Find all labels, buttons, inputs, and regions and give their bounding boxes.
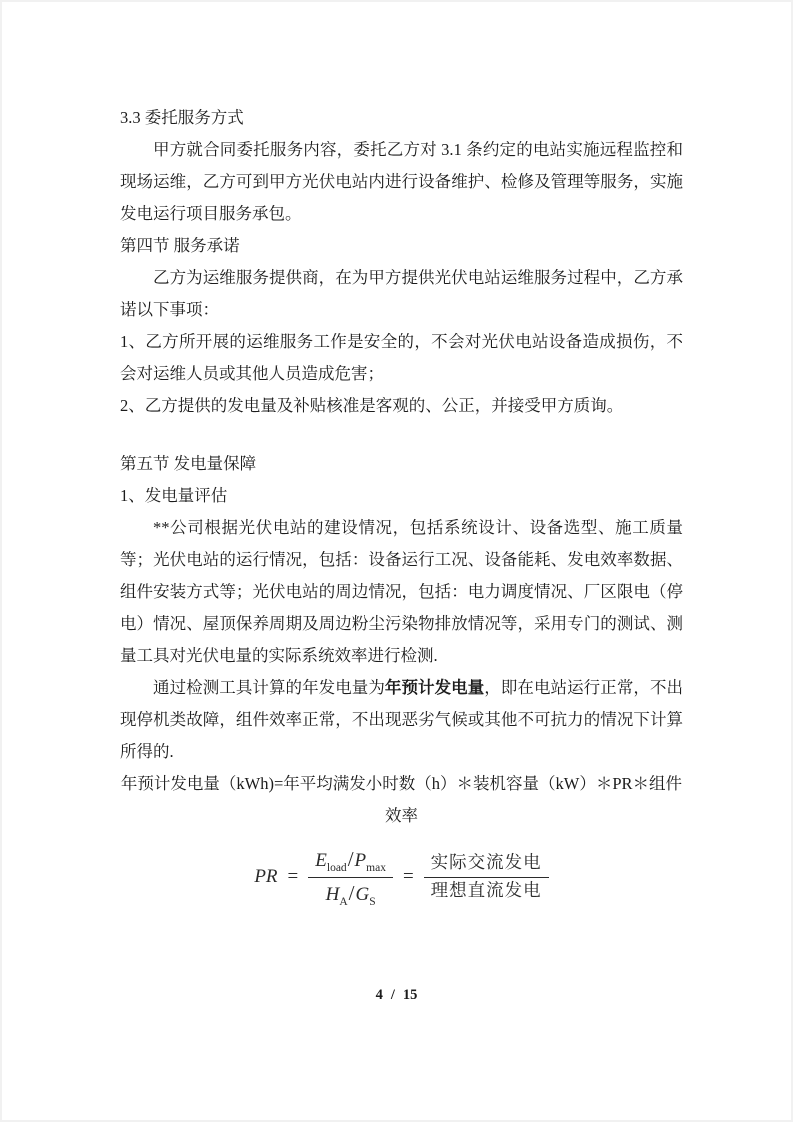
formula-p-symbol: P <box>355 850 367 871</box>
heading-section-4-service-promise: 第四节 服务承诺 <box>120 230 683 262</box>
list-item-promise-2: 2、乙方提供的发电量及补贴核准是客观的、公正，并接受甲方质询。 <box>120 390 683 422</box>
heading-5-1-generation-assessment: 1、发电量评估 <box>120 480 683 512</box>
pr-formula: PR = Eload/Pmax HA/GS = 实际交流发电 理想直流发电 <box>120 846 683 909</box>
formula-denominator-ha-gs: HA/GS <box>326 878 376 908</box>
formula-pr-symbol: PR <box>254 865 277 889</box>
formula-p-subscript: max <box>366 862 386 874</box>
formula-equals-2: = <box>402 865 415 889</box>
annual-energy-formula-line: 年预计发电量（kWh)=年平均满发小时数（h）＊装机容量（kW）＊PR＊组件效率 <box>120 768 683 832</box>
page-footer: 4/15 <box>2 987 791 1004</box>
formula-h-symbol: H <box>326 884 340 905</box>
document-page: 3.3 委托服务方式 甲方就合同委托服务内容，委托乙方对 3.1 条约定的电站实… <box>0 0 793 1122</box>
formula-actual-ac-generation: 实际交流发电 <box>424 852 549 878</box>
list-item-promise-1: 1、乙方所开展的运维服务工作是安全的，不会对光伏电站设备造成损伤，不会对运维人员… <box>120 326 683 390</box>
formula-numerator-eload-pmax: Eload/Pmax <box>308 846 393 878</box>
heading-section-5-generation-guarantee: 第五节 发电量保障 <box>120 448 683 480</box>
paragraph-delegation: 甲方就合同委托服务内容，委托乙方对 3.1 条约定的电站实施远程监控和现场运维，… <box>120 134 683 230</box>
page-number-separator: / <box>391 987 395 1003</box>
paragraph-promise-intro: 乙方为运维服务提供商，在为甲方提供光伏电站运维服务过程中，乙方承诺以下事项： <box>120 262 683 326</box>
annual-energy-bold-term: 年预计发电量 <box>385 678 484 697</box>
paragraph-assessment: **公司根据光伏电站的建设情况，包括系统设计、设备选型、施工质量等；光伏电站的运… <box>120 512 683 672</box>
formula-e-subscript: load <box>327 862 347 874</box>
formula-fraction-chinese: 实际交流发电 理想直流发电 <box>424 852 549 902</box>
page-number-current: 4 <box>376 987 383 1003</box>
paragraph-annual-energy: 通过检测工具计算的年发电量为年预计发电量，即在电站运行正常，不出现停机类故障，组… <box>120 672 683 768</box>
formula-ideal-dc-generation: 理想直流发电 <box>431 878 542 902</box>
page-number-total: 15 <box>403 987 418 1003</box>
formula-h-subscript: A <box>339 896 347 908</box>
heading-3-3-service-mode: 3.3 委托服务方式 <box>120 102 683 134</box>
document-content: 3.3 委托服务方式 甲方就合同委托服务内容，委托乙方对 3.1 条约定的电站实… <box>120 102 683 909</box>
annual-energy-text-before: 通过检测工具计算的年发电量为 <box>153 678 385 697</box>
formula-fraction-ratios: Eload/Pmax HA/GS <box>308 846 393 909</box>
formula-equals-1: = <box>287 865 300 889</box>
formula-slash-1: / <box>347 847 355 871</box>
formula-e-symbol: E <box>315 850 327 871</box>
formula-g-subscript: S <box>369 896 375 908</box>
formula-g-symbol: G <box>355 884 369 905</box>
